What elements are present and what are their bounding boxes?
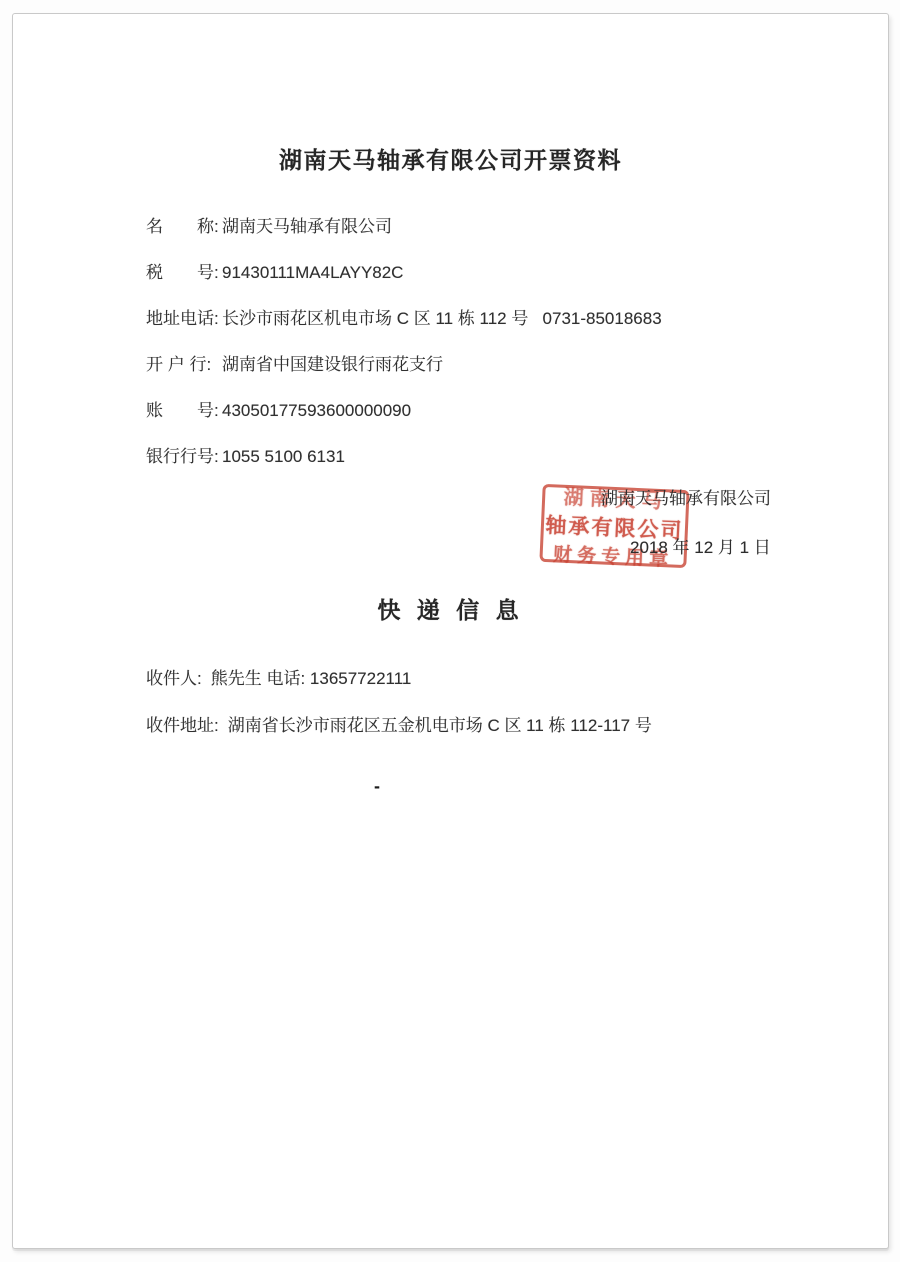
info-row-address-phone: 地址电话: 长沙市雨花区机电市场 C 区 11 栋 112 号 0731-850… bbox=[146, 304, 662, 329]
document-title: 湖南天马轴承有限公司开票资料 bbox=[13, 142, 888, 175]
info-value-address-phone: 长沙市雨花区机电市场 C 区 11 栋 112 号 0731-85018683 bbox=[222, 304, 662, 329]
express-value-address: 湖南省长沙市雨花区五金机电市场 C 区 11 栋 112-117 号 bbox=[228, 711, 652, 736]
info-label-account: 账 号: bbox=[146, 396, 222, 421]
info-label-bank-code: 银行行号: bbox=[146, 442, 222, 467]
signature-company-name: 湖南天马轴承有限公司 bbox=[601, 484, 771, 509]
info-label-bank: 开 户 行: bbox=[146, 350, 222, 375]
info-row-account: 账 号: 43050177593600000090 bbox=[146, 396, 411, 421]
info-value-name: 湖南天马轴承有限公司 bbox=[222, 212, 392, 237]
info-row-name: 名 称: 湖南天马轴承有限公司 bbox=[146, 212, 392, 237]
info-label-address-phone: 地址电话: bbox=[146, 304, 222, 329]
express-value-recipient: 熊先生 电话: 13657722111 bbox=[211, 664, 412, 689]
info-label-tax-id: 税 号: bbox=[146, 258, 222, 283]
info-value-bank-code: 1055 5100 6131 bbox=[222, 447, 345, 467]
info-row-bank: 开 户 行: 湖南省中国建设银行雨花支行 bbox=[146, 350, 443, 375]
express-section-title: 快 递 信 息 bbox=[13, 592, 888, 625]
info-row-bank-code: 银行行号: 1055 5100 6131 bbox=[146, 442, 345, 467]
info-value-tax-id: 91430111MA4LAYY82C bbox=[222, 263, 403, 283]
info-label-name: 名 称: bbox=[146, 212, 222, 237]
express-row-address: 收件地址: 湖南省长沙市雨花区五金机电市场 C 区 11 栋 112-117 号 bbox=[146, 711, 652, 736]
express-row-recipient: 收件人: 熊先生 电话: 13657722111 bbox=[146, 664, 411, 689]
signature-date: 2018 年 12 月 1 日 bbox=[630, 533, 771, 558]
express-label-address: 收件地址: bbox=[146, 711, 219, 736]
stray-dash-mark: - bbox=[374, 776, 380, 797]
info-row-tax-id: 税 号: 91430111MA4LAYY82C bbox=[146, 258, 403, 283]
express-label-recipient: 收件人: bbox=[146, 664, 202, 689]
info-value-bank: 湖南省中国建设银行雨花支行 bbox=[222, 350, 443, 375]
document-page: 湖南天马轴承有限公司开票资料 名 称: 湖南天马轴承有限公司 税 号: 9143… bbox=[12, 13, 889, 1249]
info-value-account: 43050177593600000090 bbox=[222, 401, 411, 421]
